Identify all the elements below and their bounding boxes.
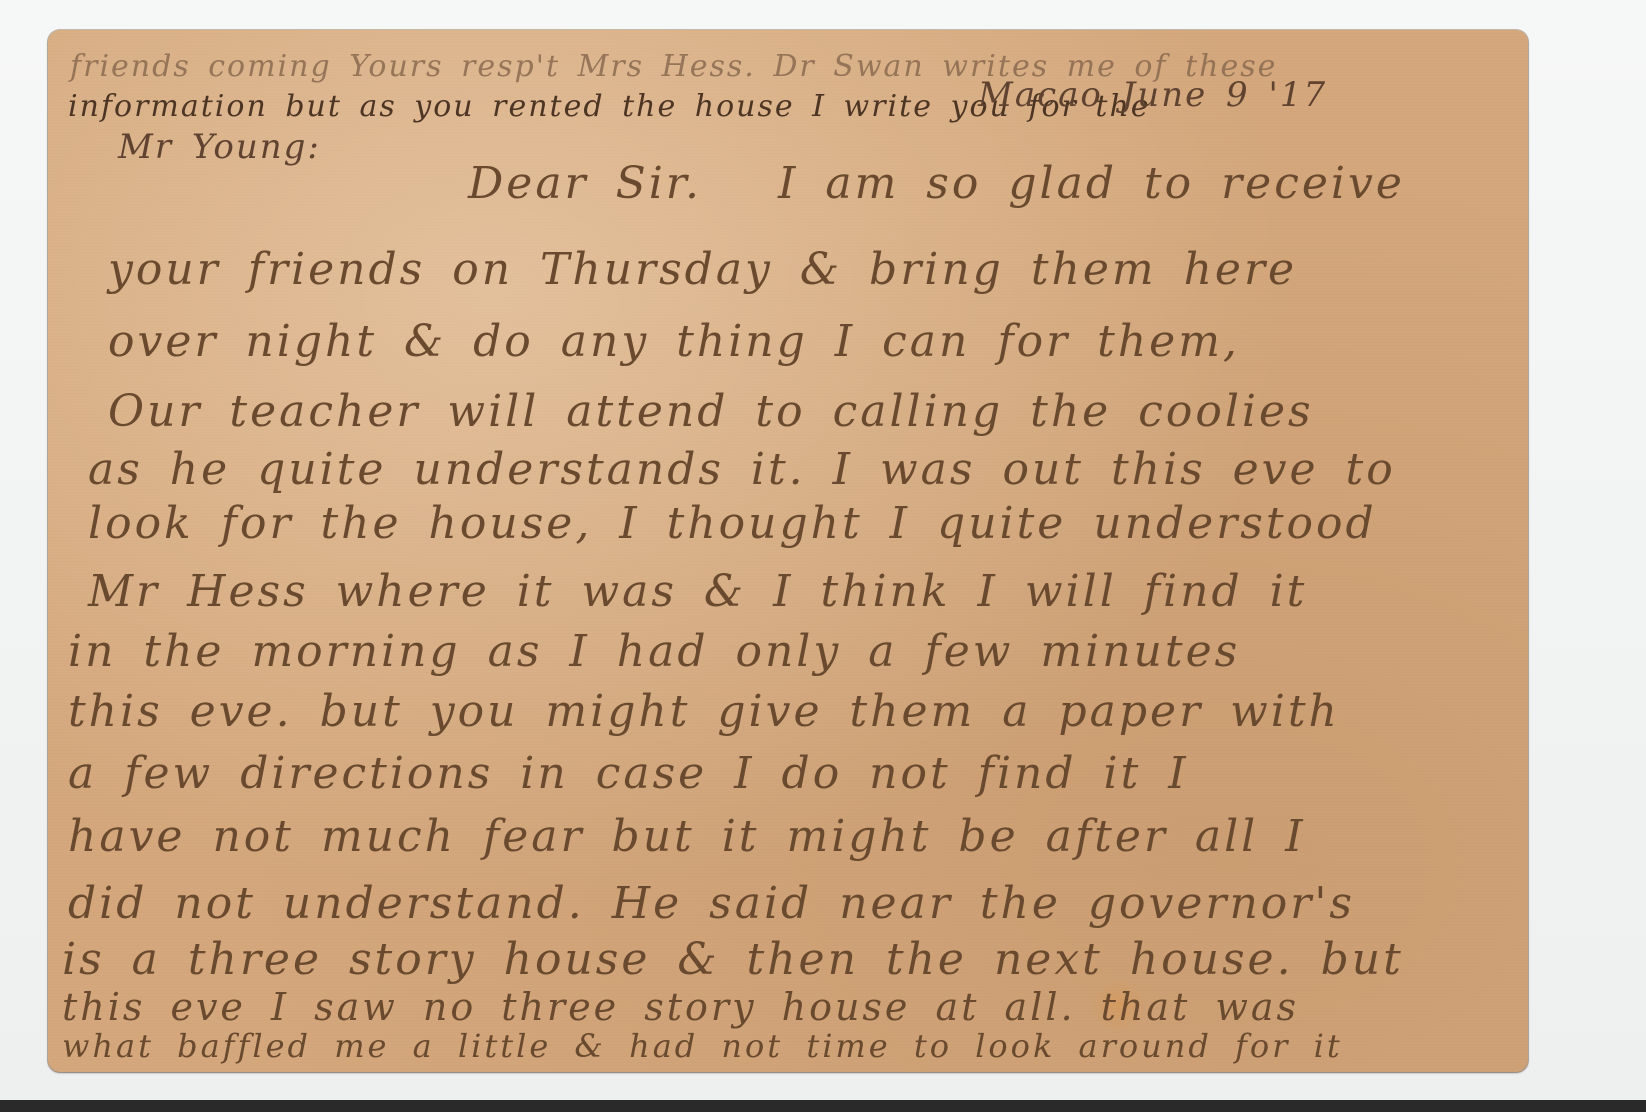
salutation: Dear Sir. <box>468 162 702 206</box>
letter-line-9: this eve. but you might give them a pape… <box>68 690 1340 734</box>
place-date: Macao June 9 '17 <box>978 78 1327 112</box>
letter-line-3: over night & do any thing I can for them… <box>108 320 1240 364</box>
letter-line-11: have not much fear but it might be after… <box>68 815 1306 859</box>
letter-line-8: in the morning as I had only a few minut… <box>68 630 1240 674</box>
letter-line-6: look for the house, I thought I quite un… <box>88 502 1377 546</box>
postcard-scan: friends coming Yours resp't Mrs Hess. Dr… <box>0 0 1646 1112</box>
letter-line-15: what baffled me a little & had not time … <box>62 1030 1343 1062</box>
letter-line-2: your friends on Thursday & bring them he… <box>108 248 1297 292</box>
postcard: friends coming Yours resp't Mrs Hess. Dr… <box>48 30 1528 1072</box>
letter-line-12: did not understand. He said near the gov… <box>68 882 1355 926</box>
letter-line-14: this eve I saw no three story house at a… <box>62 988 1299 1026</box>
recipient-name: Mr Young: <box>118 130 321 164</box>
letter-line-4: Our teacher will attend to calling the c… <box>108 390 1314 434</box>
letter-line-5: as he quite understands it. I was out th… <box>88 448 1396 492</box>
scanner-edge <box>0 1100 1646 1112</box>
letter-line-13: is a three story house & then the next h… <box>62 938 1404 982</box>
letter-line-10: a few directions in case I do not find i… <box>68 752 1189 796</box>
letter-line-1: I am so glad to receive <box>778 162 1405 206</box>
letter-line-7: Mr Hess where it was & I think I will fi… <box>88 570 1307 614</box>
